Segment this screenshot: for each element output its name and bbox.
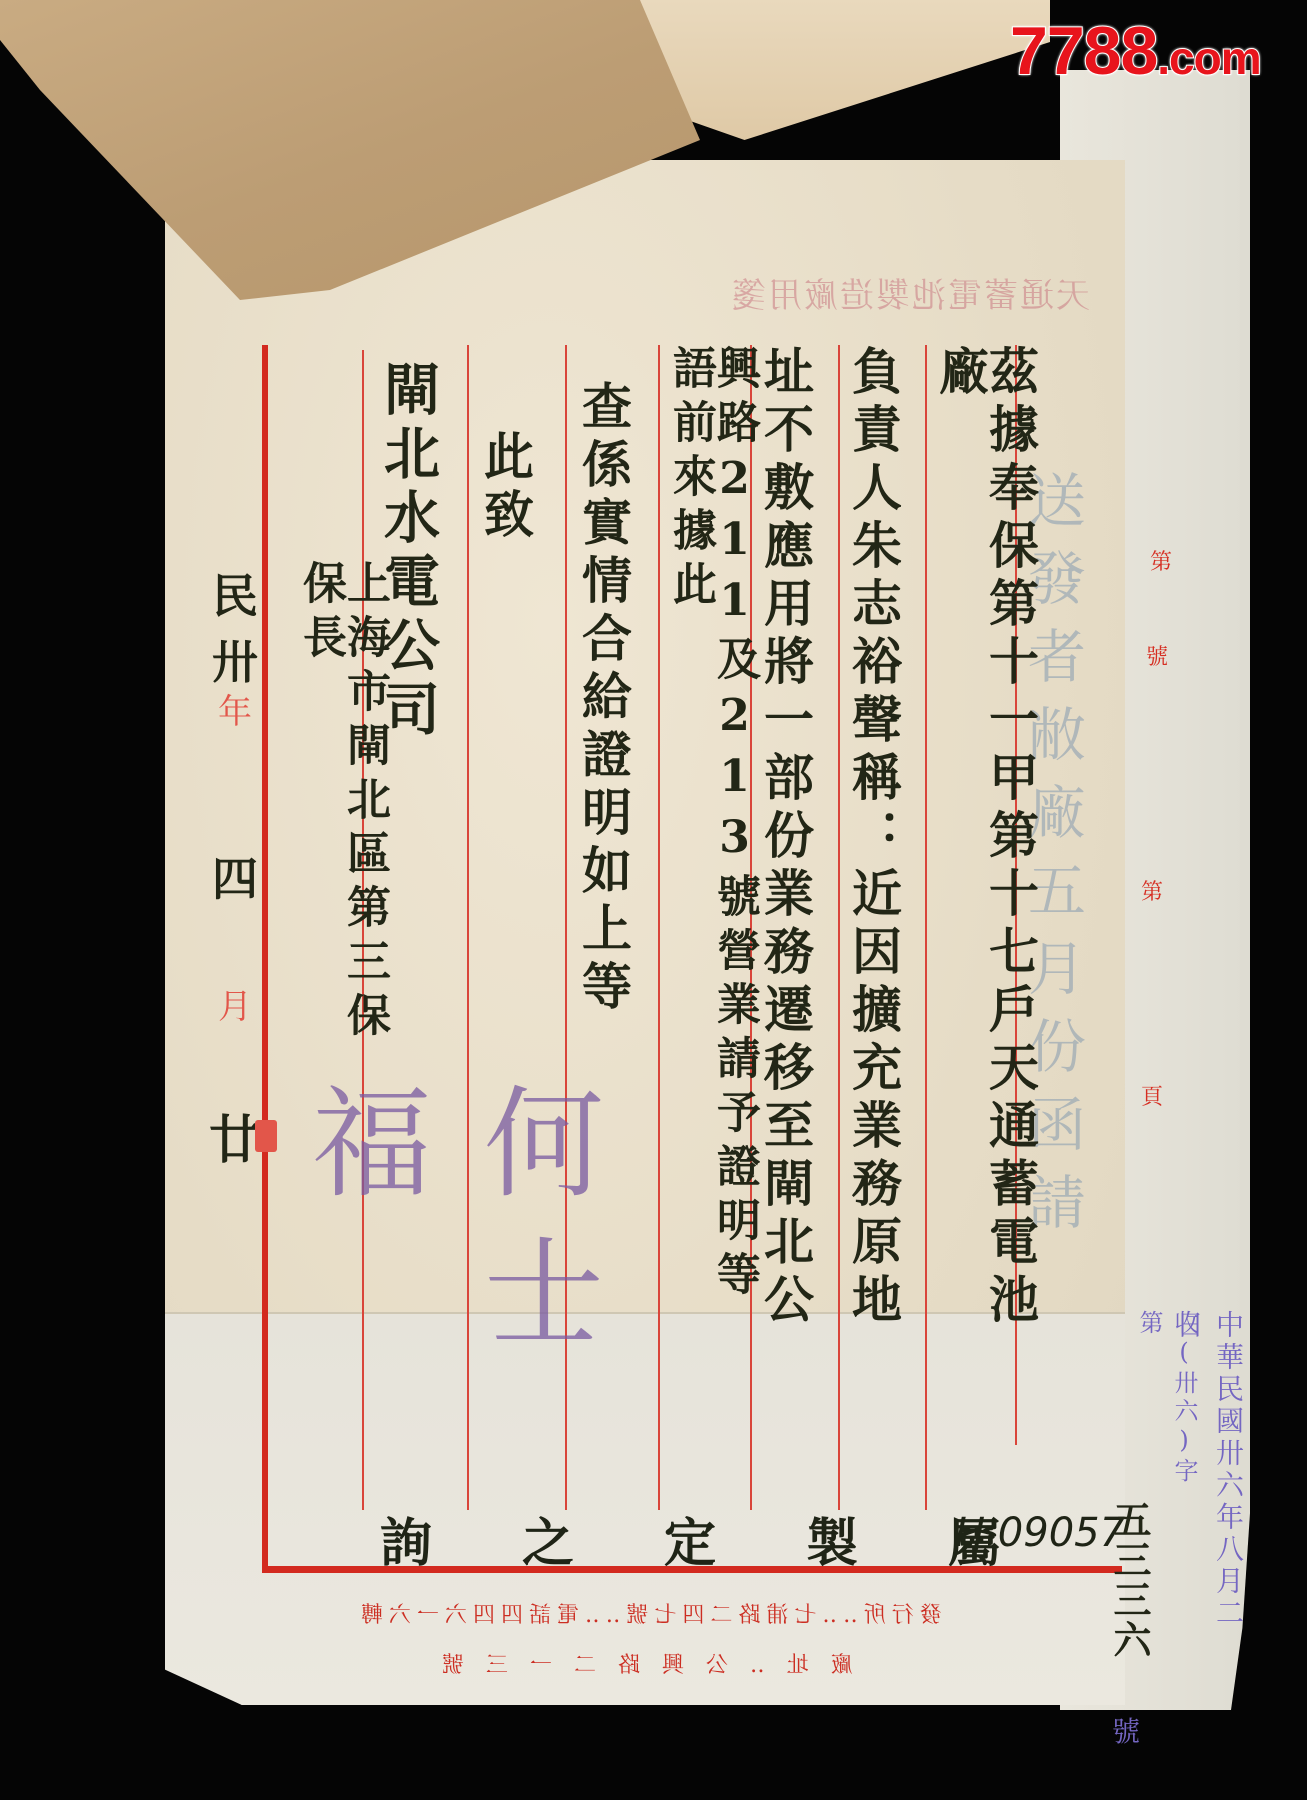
bottom-char: 製 xyxy=(806,1501,858,1576)
signature-stamp: 何士福 xyxy=(275,1080,619,1500)
footer-address-line-1: 發行所‥‥七浦路二四七號‥‥電話四四六一六轉 xyxy=(355,1598,942,1629)
watermark-main: 7788 xyxy=(1010,13,1157,89)
letter-date: 民卅 年 四 月 廿 xyxy=(200,560,270,1080)
bottom-char: 定 xyxy=(664,1501,716,1576)
bottom-char: 之 xyxy=(522,1501,574,1576)
serial-number: H 09057 xyxy=(955,1510,1125,1556)
date-era: 民卅 xyxy=(200,560,270,692)
letterhead-title: 天通蓄電池製造廠用箋 xyxy=(330,268,1090,317)
printed-bottom-row: 詢 之 定 製 屬 xyxy=(380,1508,1000,1568)
received-number-suffix: 號 xyxy=(1112,1710,1140,1750)
site-watermark: 7788.com xyxy=(1010,12,1261,90)
side-label-number-prefix: 第 xyxy=(1150,545,1172,576)
received-file-label: 收(卅六)字第 xyxy=(1132,1310,1202,1500)
rule-line xyxy=(838,345,840,1510)
letterhead-title-text: 天通蓄電池製造廠用箋 xyxy=(730,268,1090,317)
letter-column-1: 茲據奉保第十一甲第十七戶天通蓄電池廠 xyxy=(935,345,1035,1355)
watermark-suffix: .com xyxy=(1157,32,1260,84)
letter-column-3: 址不敷應用將一部份業務遷移至閘北公 xyxy=(760,345,810,1355)
sender-title: 上海市閘北區第三保保長 xyxy=(298,560,386,1080)
letter-column-4: 興路211及213號營業請予證明等語前來據此 xyxy=(668,345,756,1355)
date-year-mark: 年 xyxy=(200,684,270,733)
letter-column-5: 查係實情合給證明如上等 xyxy=(578,380,628,1080)
side-label-page-prefix: 第 xyxy=(1141,875,1163,906)
red-seal-stamp xyxy=(255,1120,277,1152)
rule-line xyxy=(925,345,927,1510)
side-label-page-suffix: 頁 xyxy=(1141,1080,1163,1111)
closing-salutation: 此致 xyxy=(480,430,530,630)
footer-address-line-2: 廠址‥公興路二一三號 xyxy=(420,1648,853,1679)
date-month-mark: 月 xyxy=(200,979,270,1028)
rule-line xyxy=(658,345,660,1510)
side-label-number-suffix: 號 xyxy=(1146,640,1168,671)
letter-column-2: 負責人朱志裕聲稱：近因擴充業務原地 xyxy=(848,345,898,1355)
bottom-char: 詢 xyxy=(380,1501,432,1576)
date-month: 四 xyxy=(200,843,270,909)
received-number: 五三三六 xyxy=(1110,1500,1148,1710)
